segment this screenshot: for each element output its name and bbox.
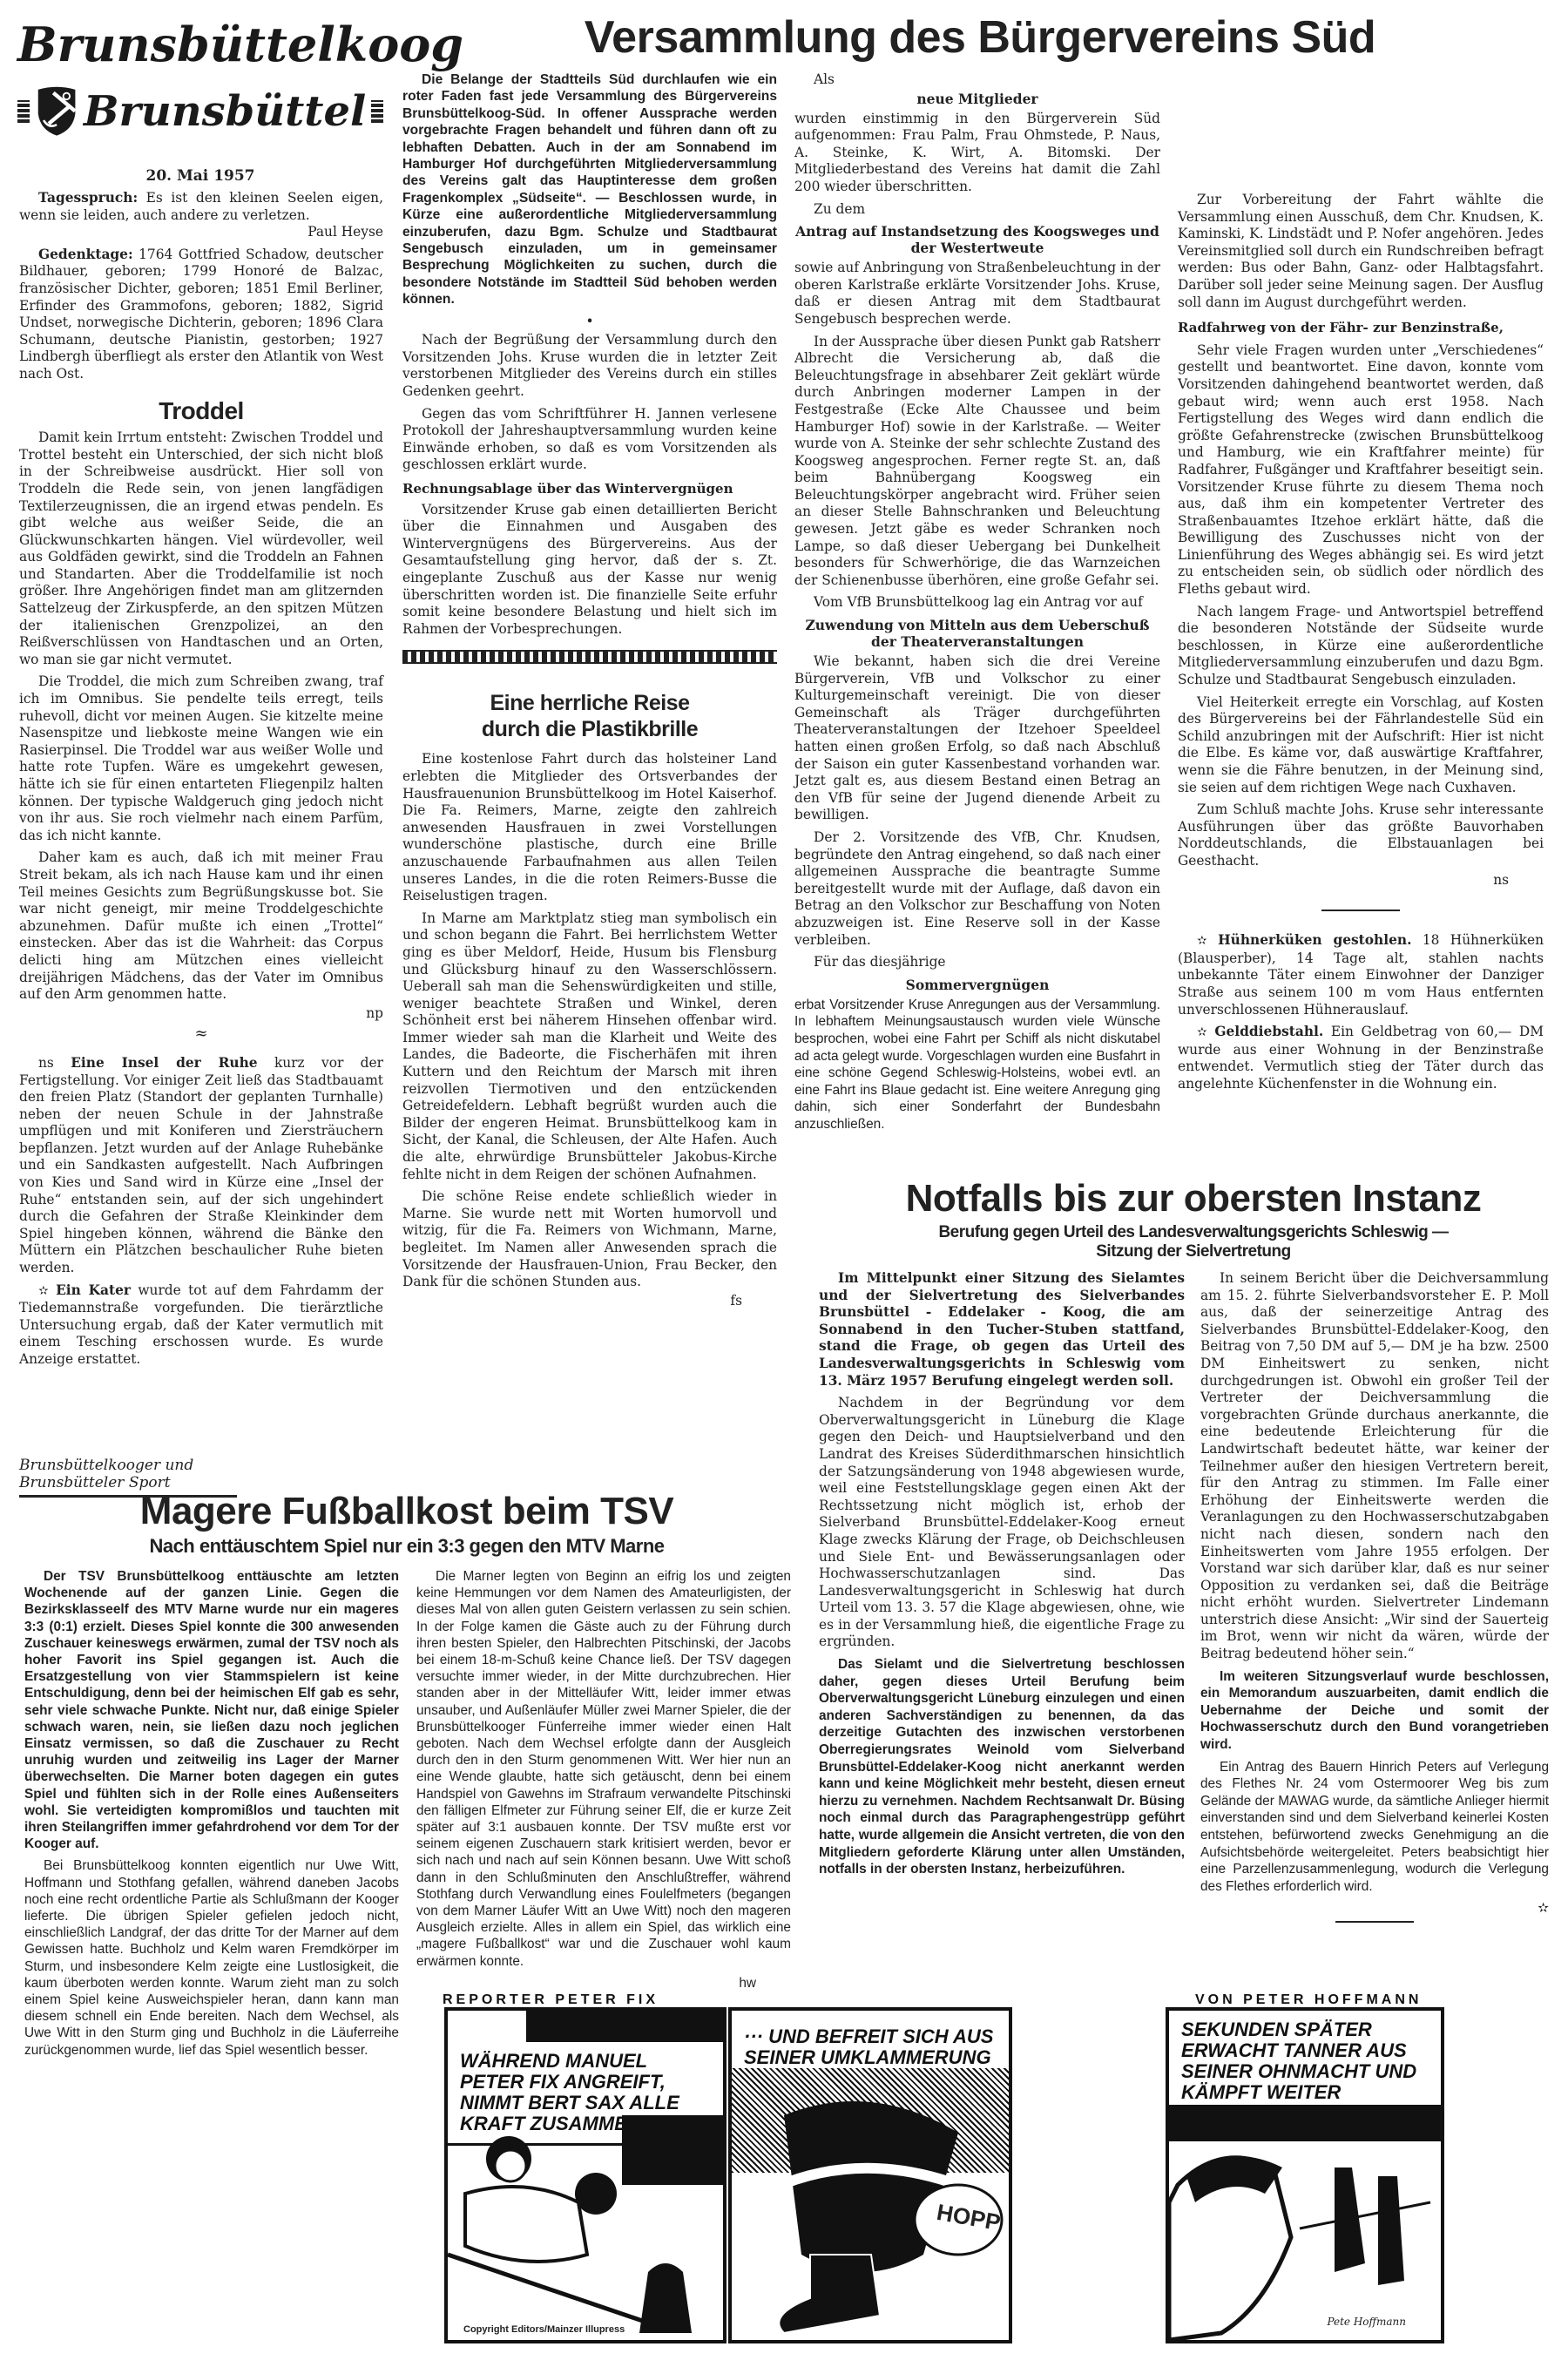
reise-title-line1: Eine herrliche Reise — [402, 690, 777, 716]
sport-signature: hw — [416, 1975, 791, 1992]
gedenktage-label: Gedenktage: — [38, 247, 133, 262]
star-icon: ✫ — [1197, 1025, 1207, 1039]
versammlung-paragraph: Gegen das vom Schriftführer H. Jannen ve… — [402, 406, 777, 474]
versammlung-paragraph: sowie auf Anbringung von Straßenbeleucht… — [794, 260, 1160, 328]
subhead-antrag: Antrag auf Instandsetzung des Koogsweges… — [794, 223, 1160, 256]
comic-artist-signature: Pete Hoffmann — [1327, 2316, 1406, 2328]
versammlung-paragraph: wurden einstimmig in den Bürgerverein Sü… — [794, 111, 1160, 196]
comic-title-left: REPORTER PETER FIX — [443, 1992, 659, 2008]
insel-text: kurz vor der Fertigstellung. Vor einiger… — [19, 1055, 383, 1275]
notfalls-paragraph: Das Sielamt und die Sielvertretung besch… — [819, 1656, 1185, 1878]
bullet-divider-icon: • — [402, 314, 777, 331]
troddel-paragraph: Damit kein Irrtum entsteht: Zwischen Tro… — [19, 429, 383, 668]
star-icon: ✫ — [38, 1284, 49, 1298]
comic-caption-3: SEKUNDEN SPÄTER ERWACHT TANNER AUS SEINE… — [1169, 2011, 1441, 2114]
fighters-illustration-icon — [448, 2124, 723, 2333]
left-column: Tagesspruch: Es ist den kleinen Seelen e… — [19, 190, 383, 1374]
star-end-icon: ✫ — [1200, 1900, 1549, 1917]
kater-notice: ✫ Ein Kater wurde tot auf dem Fahrdamm d… — [19, 1282, 383, 1369]
subhead-mitglieder: neue Mitglieder — [794, 91, 1160, 107]
comic-panel-2: ··· UND BEFREIT SICH AUS SEINER UMKLAMME… — [728, 2007, 1012, 2343]
banner-left-icon — [17, 100, 30, 123]
issue-date: 20. Mai 1957 — [17, 167, 383, 185]
versammlung-paragraph: Zum Schluß machte Johs. Kruse sehr inter… — [1178, 801, 1544, 869]
notfalls-paragraph: Ein Antrag des Bauern Hinrich Peters auf… — [1200, 1759, 1549, 1896]
reise-headline: Eine herrliche Reise durch die Plastikbr… — [402, 690, 777, 742]
geld-notice: ✫ Gelddiebstahl. Ein Geldbetrag von 60,—… — [1178, 1024, 1544, 1092]
sport-headline: Magere Fußballkost beim TSV — [19, 1490, 794, 1533]
notfalls-paragraph: Nachdem in der Begründung vor dem Oberve… — [819, 1395, 1185, 1651]
subhead-sommer: Sommervergnügen — [794, 977, 1160, 993]
ornamental-divider — [402, 650, 777, 664]
sport-column-1: Der TSV Brunsbüttelkoog enttäuschte am l… — [24, 1568, 399, 2064]
versammlung-headline: Versammlung des Bürgervereins Süd — [401, 10, 1559, 64]
sport-paragraph: Bei Brunsbüttelkoog konnten eigentlich n… — [24, 1857, 399, 2058]
versammlung-paragraph: Vorsitzender Kruse gab einen detailliert… — [402, 502, 777, 639]
zu-dem-label: Zu dem — [794, 201, 1160, 219]
masthead-title-line1: Brunsbüttelkoog — [17, 19, 383, 70]
crest-anchor-spade-icon — [35, 71, 78, 152]
versammlung-paragraph: Wie bekannt, haben sich die drei Vereine… — [794, 653, 1160, 824]
troddel-title: Troddel — [19, 402, 383, 420]
sport-column-2: Die Marner legten von Beginn an eifrig l… — [416, 1568, 791, 1992]
versammlung-column-1: Die Belange der Stadtteils Süd durchlauf… — [402, 71, 777, 1309]
versammlung-paragraph: In der Aussprache über diesen Punkt gab … — [794, 334, 1160, 590]
versammlung-column-3: Zur Vorbereitung der Fahrt wählte die Ve… — [1178, 192, 1544, 1099]
huehner-notice: ✫ Hühnerküken gestohlen. 18 Hühnerküken … — [1178, 932, 1544, 1018]
sport-lead: Der TSV Brunsbüttelkoog enttäuschte am l… — [24, 1568, 399, 1852]
comic-panel-3: SEKUNDEN SPÄTER ERWACHT TANNER AUS SEINE… — [1166, 2007, 1444, 2343]
versammlung-paragraph: Viel Heiterkeit erregte ein Vorschlag, a… — [1178, 694, 1544, 797]
troddel-paragraph: Die Troddel, die mich zum Schreiben zwan… — [19, 673, 383, 844]
short-divider — [1335, 1921, 1414, 1923]
reise-paragraph: In Marne am Marktplatz stieg man symboli… — [402, 910, 777, 1184]
notfalls-paragraph: Im weiteren Sitzungsverlauf wurde beschl… — [1200, 1668, 1549, 1754]
tagesspruch: Tagesspruch: Es ist den kleinen Seelen e… — [19, 190, 383, 224]
troddel-paragraph: Daher kam es auch, daß ich mit meiner Fr… — [19, 849, 383, 1003]
versammlung-paragraph: Für das diesjährige — [794, 954, 1160, 971]
tagesspruch-label: Tagesspruch: — [38, 190, 138, 206]
reise-signature: fs — [402, 1293, 777, 1310]
versammlung-lead: Die Belange der Stadtteils Süd durchlauf… — [402, 71, 777, 308]
panel-shadow — [526, 2011, 723, 2046]
subhead-rechnung: Rechnungsablage über das Wintervergnügen — [402, 481, 777, 498]
subhead-radweg: Radfahrweg von der Fähr- zur Benzinstraß… — [1178, 320, 1544, 337]
notfalls-subtitle: Berufung gegen Urteil des Landesverwaltu… — [819, 1223, 1568, 1261]
comic-copyright: Copyright Editors/Mainzer Illupress — [463, 2324, 625, 2335]
geld-lead: Gelddiebstahl. — [1214, 1024, 1323, 1039]
versammlung-paragraph: Nach langem Frage- und Antwortspiel betr… — [1178, 604, 1544, 689]
versammlung-signature: ns — [1178, 872, 1544, 889]
versammlung-column-2: Als neue Mitglieder wurden einstimmig in… — [794, 71, 1160, 1138]
short-divider — [1321, 910, 1400, 911]
gedenktage: Gedenktage: 1764 Gottfried Schadow, deut… — [19, 247, 383, 383]
sport-subtitle: Nach enttäuschtem Spiel nur ein 3:3 gege… — [19, 1535, 794, 1558]
als-label: Als — [794, 71, 1160, 89]
comic-panel-1: WÄHREND MANUEL PETER FIX ANGREIFT, NIMMT… — [444, 2007, 727, 2343]
insel-notice: ns Eine Insel der Ruhe kurz vor der Fert… — [19, 1055, 383, 1277]
masthead: Brunsbüttelkoog Brunsbüttel 20. Mai 1957 — [17, 19, 383, 185]
versammlung-paragraph: Sehr viele Fragen wurden unter „Verschie… — [1178, 342, 1544, 599]
notfalls-lead: Im Mittelpunkt einer Sitzung des Sielamt… — [819, 1270, 1185, 1390]
versammlung-paragraph: Vom VfB Brunsbüttelkoog lag ein Antrag v… — [794, 594, 1160, 612]
reise-title-line2: durch die Plastikbrille — [402, 716, 777, 742]
wave-divider-icon: ≈ — [19, 1025, 383, 1043]
insel-lead: Eine Insel der Ruhe — [71, 1055, 257, 1071]
kater-lead: Ein Kater — [56, 1282, 131, 1298]
troddel-signature: np — [19, 1005, 383, 1023]
notfalls-paragraph: In seinem Bericht über die Deichversamml… — [1200, 1270, 1549, 1663]
notfalls-subtitle-line1: Berufung gegen Urteil des Landesverwaltu… — [819, 1223, 1568, 1242]
notfalls-subtitle-line2: Sitzung der Sielvertretung — [819, 1242, 1568, 1261]
notfalls-column-2: In seinem Bericht über die Deichversamml… — [1200, 1270, 1549, 1923]
tagesspruch-author: Paul Heyse — [288, 224, 383, 241]
notfalls-column-1: Im Mittelpunkt einer Sitzung des Sielamt… — [819, 1270, 1185, 1883]
subhead-zuwendung: Zuwendung von Mitteln aus dem Ueberschuß… — [794, 617, 1160, 650]
gedenktage-text: 1764 Gottfried Schadow, deutscher Bildha… — [19, 247, 383, 382]
notfalls-headline: Notfalls bis zur obersten Instanz — [819, 1176, 1568, 1221]
versammlung-paragraph: Zur Vorbereitung der Fahrt wählte die Ve… — [1178, 192, 1544, 311]
versammlung-paragraph: Nach der Begrüßung der Versammlung durch… — [402, 332, 777, 400]
reise-paragraph: Die schöne Reise endete schließlich wied… — [402, 1188, 777, 1291]
tanner-awakes-illustration-icon — [1169, 2133, 1441, 2340]
huehner-lead: Hühnerküken gestohlen. — [1218, 932, 1411, 948]
banner-right-icon — [371, 100, 383, 123]
versammlung-paragraph: erbat Vorsitzender Kruse Anregungen aus … — [794, 997, 1160, 1133]
sport-section-label: Brunsbüttelkooger und Brunsbütteler Spor… — [19, 1457, 237, 1491]
comic-title-right: VON PETER HOFFMANN — [1195, 1992, 1422, 2008]
insel-prefix: ns — [38, 1055, 54, 1071]
masthead-title-line2: Brunsbüttel — [84, 89, 366, 134]
sport-paragraph: Die Marner legten von Beginn an eifrig l… — [416, 1568, 791, 1970]
star-icon: ✫ — [1197, 934, 1207, 948]
reise-paragraph: Eine kostenlose Fahrt durch das holstein… — [402, 751, 777, 904]
versammlung-paragraph: Der 2. Vorsitzende des VfB, Chr. Knudsen… — [794, 829, 1160, 949]
